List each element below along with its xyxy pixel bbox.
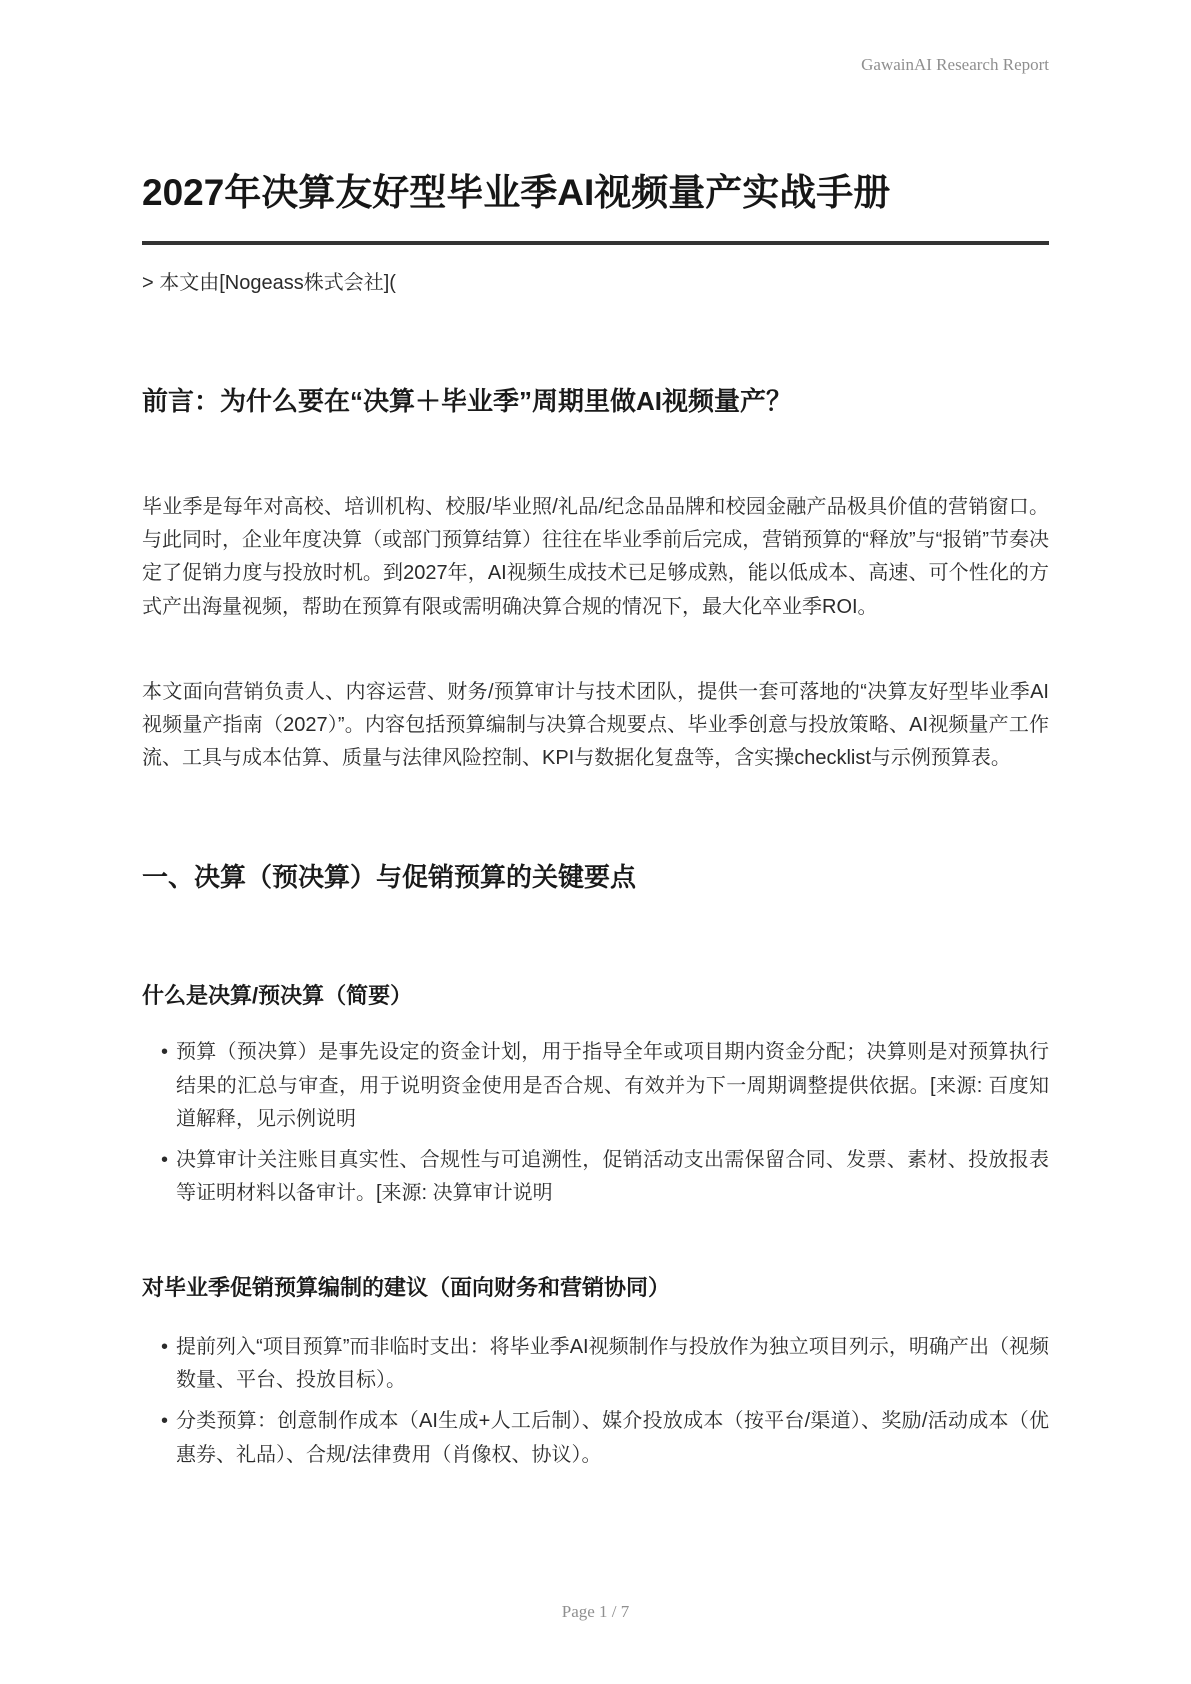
section1-heading: 一、决算（预决算）与促销预算的关键要点 — [142, 861, 1049, 894]
list-item: 决算审计关注账目真实性、合规性与可追溯性，促销活动支出需保留合同、发票、素材、投… — [176, 1144, 1049, 1210]
page-number: Page 1 / 7 — [0, 1602, 1191, 1622]
intro-paragraph-1: 毕业季是每年对高校、培训机构、校服/毕业照/礼品/纪念品品牌和校园金融产品极具价… — [142, 491, 1049, 624]
report-header-label: GawainAI Research Report — [861, 55, 1049, 75]
section1-sub2-list: 提前列入“项目预算”而非临时支出：将毕业季AI视频制作与投放作为独立项目列示，明… — [142, 1331, 1049, 1472]
document-page: GawainAI Research Report 2027年决算友好型毕业季AI… — [0, 0, 1191, 1684]
section1-sub1-heading: 什么是决算/预决算（简要） — [142, 982, 1049, 1011]
document-title: 2027年决算友好型毕业季AI视频量产实战手册 — [142, 172, 1049, 245]
document-content: 2027年决算友好型毕业季AI视频量产实战手册 > 本文由[Nogeass株式会… — [0, 0, 1191, 1472]
intro-heading: 前言：为什么要在“决算＋毕业季”周期里做AI视频量产？ — [142, 385, 1049, 418]
section1-sub1-list: 预算（预决算）是事先设定的资金计划，用于指导全年或项目期内资金分配；决算则是对预… — [142, 1036, 1049, 1210]
intro-paragraph-2: 本文面向营销负责人、内容运营、财务/预算审计与技术团队，提供一套可落地的“决算友… — [142, 676, 1049, 776]
section1-sub2-heading: 对毕业季促销预算编制的建议（面向财务和营销协同） — [142, 1274, 1049, 1303]
list-item: 分类预算：创意制作成本（AI生成+人工后制）、媒介投放成本（按平台/渠道）、奖励… — [176, 1405, 1049, 1471]
list-item: 提前列入“项目预算”而非临时支出：将毕业季AI视频制作与投放作为独立项目列示，明… — [176, 1331, 1049, 1397]
byline: > 本文由[Nogeass株式会社]( — [142, 269, 1049, 297]
list-item: 预算（预决算）是事先设定的资金计划，用于指导全年或项目期内资金分配；决算则是对预… — [176, 1036, 1049, 1136]
